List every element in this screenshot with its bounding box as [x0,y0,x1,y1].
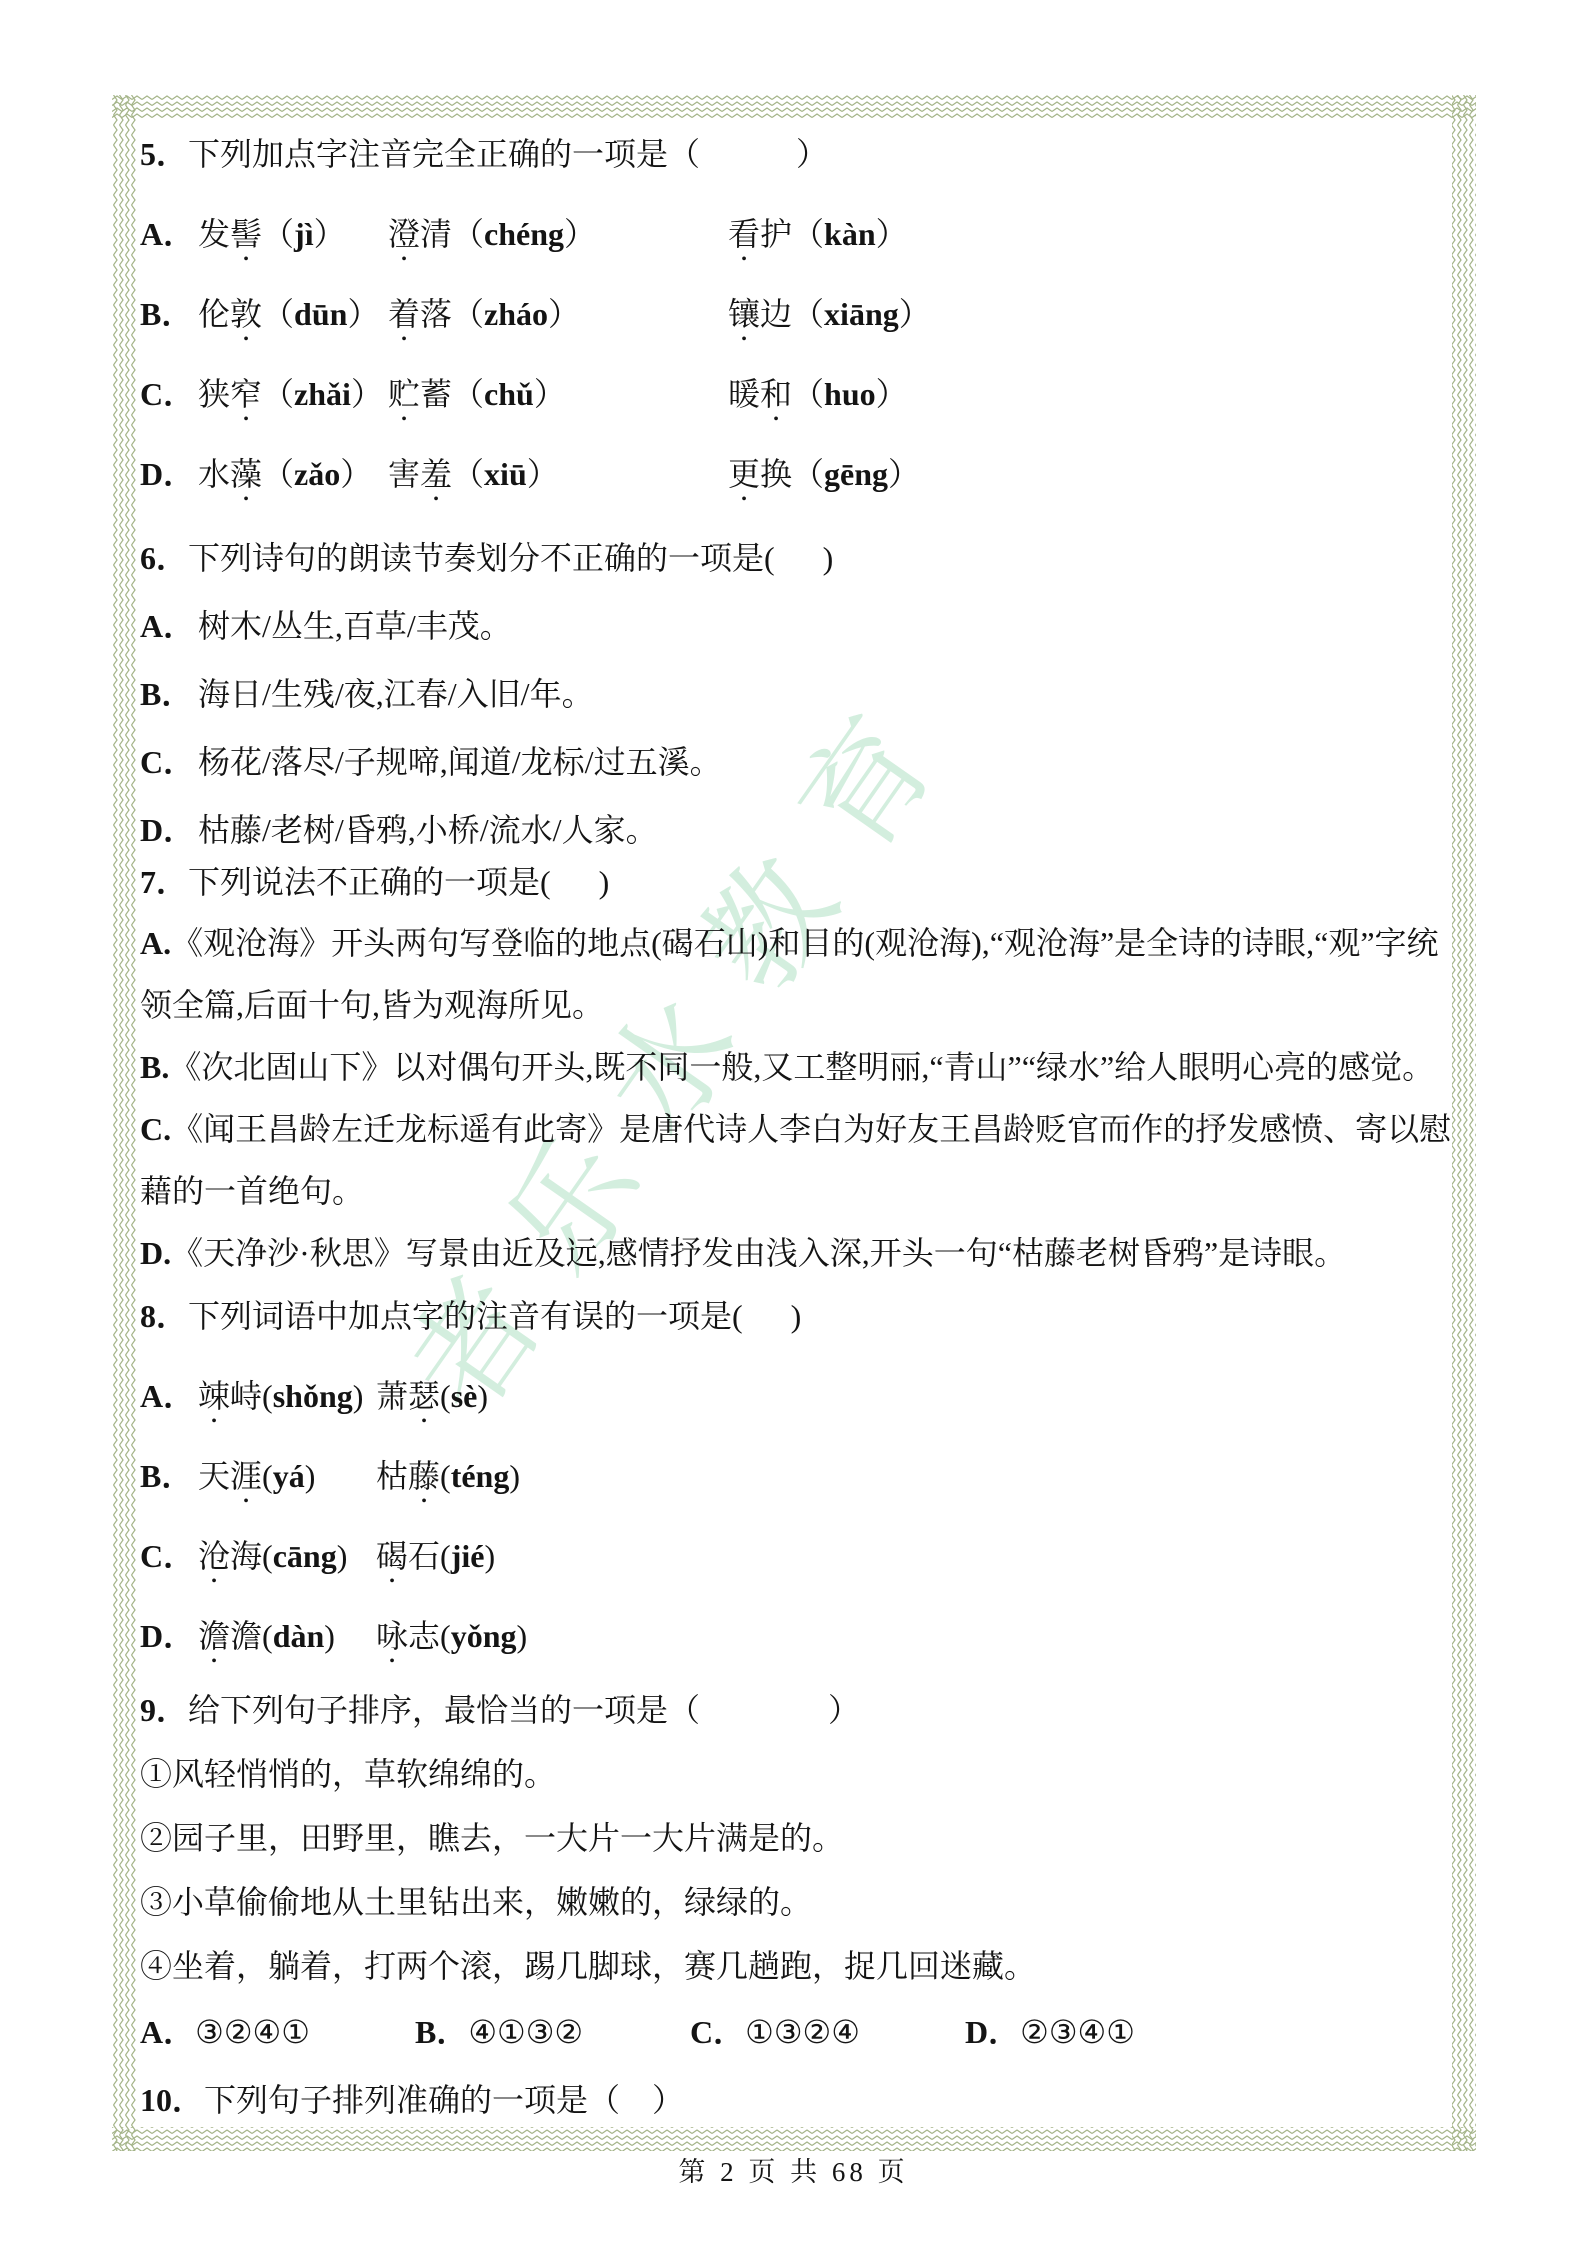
paren-open: （ [262,216,294,252]
pinyin: xiāng [824,296,899,332]
border-left [112,95,136,2151]
option-choice: D．②③④① [965,2010,1240,2054]
question-7-number: 7． [140,864,188,900]
pinyin: huo [824,376,876,412]
question-8-prompt: 8．下列词语中加点字的注音有误的一项是( ) [140,1294,1452,1338]
option-label: B． [140,1454,198,1498]
cjk-char: 清 [420,216,452,252]
paren-close: ） [351,376,383,412]
question-9-text: 给下列句子排序，最恰当的一项是（ ） [188,1692,860,1728]
pinyin: dūn [294,296,347,332]
option-text: 《次北固山下》以对偶句开头,既不同一般,又工整明丽,“青山”“绿水”给人眼明心亮… [169,1049,1434,1085]
option-label: D． [140,1614,198,1658]
paren-close: ) [477,1378,488,1414]
dotted-char: 澄 [388,212,420,256]
paren-close: ) [305,1458,316,1494]
option-label: D． [140,452,198,496]
dotted-char: 涯 [230,1454,262,1498]
word-with-pinyin: 澄清（chéng） [388,212,728,256]
question-8-text: 下列词语中加点字的注音有误的一项是( ) [188,1298,801,1334]
paren-close: ) [324,1618,335,1654]
paren-open: （ [262,296,294,332]
option-row: C．杨花/落尽/子规啼,闻道/龙标/过五溪。 [140,740,1452,784]
pinyin: yǒng [451,1618,517,1654]
word-with-pinyin: 贮蓄（chǔ） [388,372,728,416]
word-with-pinyin: 枯藤(téng) [376,1454,520,1498]
dotted-char: 瑟 [408,1374,440,1418]
option-row: A．树木/丛生,百草/丰茂。 [140,604,1452,648]
paren-open: （ [792,376,824,412]
option-paragraph: C.《闻王昌龄左迁龙标遥有此寄》是唐代诗人李白为好友王昌龄贬官而作的抒发感愤、寄… [140,1098,1452,1222]
option-text: 《闻王昌龄左迁龙标遥有此寄》是唐代诗人李白为好友王昌龄贬官而作的抒发感愤、寄以慰… [140,1111,1451,1209]
question-5-number: 5． [140,136,188,172]
pinyin: téng [451,1458,510,1494]
question-9-options: A．③②④①B．④①③②C．①③②④D．②③④① [140,2010,1452,2054]
pinyin: chéng [484,216,564,252]
option-label: C． [140,372,198,416]
question-6-text: 下列诗句的朗读节奏划分不正确的一项是( ) [188,540,833,576]
dotted-char: 窄 [230,372,262,416]
pinyin: zǎo [294,456,340,492]
paren-close: ） [340,456,372,492]
border-right [1452,95,1476,2151]
pinyin: gēng [824,456,888,492]
word-with-pinyin: 着落（zháo） [388,292,728,336]
word-with-pinyin: 萧瑟(sè) [376,1374,488,1418]
paren-open: ( [440,1378,451,1414]
cjk-char: 狭 [198,376,230,412]
option-row: C．狭窄（zhǎi）贮蓄（chǔ）暖和（huo） [140,372,1452,416]
option-row: B．伦敦（dūn）着落（zháo）镶边（xiāng） [140,292,1452,336]
pinyin: cāng [273,1538,337,1574]
option-label: A． [140,212,198,256]
question-10-prompt: 10．下列句子排列准确的一项是（ ） [140,2078,1452,2122]
word-with-pinyin: 沧海(cāng) [198,1534,376,1578]
question-8-options: A．竦峙(shǒng)萧瑟(sè)B．天涯(yá)枯藤(téng)C．沧海(cā… [140,1374,1452,1658]
pinyin: dàn [273,1618,325,1654]
paren-open: （ [262,456,294,492]
dotted-char: 咏 [376,1614,408,1658]
cjk-char: 天 [198,1458,230,1494]
cjk-char: 害 [388,456,420,492]
option-row: D．澹澹(dàn)咏志(yǒng) [140,1614,1452,1658]
cjk-char: 边 [760,296,792,332]
dotted-char: 着 [388,292,420,336]
cjk-char: 暖 [728,376,760,412]
option-text: ①③②④ [745,2014,860,2050]
paren-open: ( [262,1538,273,1574]
paren-open: （ [792,456,824,492]
dotted-char: 澹 [198,1614,230,1658]
option-text: 杨花/落尽/子规啼,闻道/龙标/过五溪。 [198,744,722,780]
cjk-char: 海 [230,1538,262,1574]
dotted-char: 竦 [198,1374,230,1418]
question-9-prompt: 9．给下列句子排序，最恰当的一项是（ ） [140,1688,1452,1732]
paren-close: ） [534,376,566,412]
option-row: C．沧海(cāng)碣石(jié) [140,1534,1452,1578]
option-text: ③②④① [195,2014,310,2050]
word-with-pinyin: 看护（kàn） [728,212,908,256]
word-with-pinyin: 澹澹(dàn) [198,1614,376,1658]
option-label: C． [140,740,198,784]
dotted-char: 镶 [728,292,760,336]
pinyin: kàn [824,216,876,252]
question-6-prompt: 6．下列诗句的朗读节奏划分不正确的一项是( ) [140,536,1452,580]
paren-close: ） [888,456,920,492]
option-row: A．竦峙(shǒng)萧瑟(sè) [140,1374,1452,1418]
paren-open: ( [440,1538,451,1574]
paren-close: ） [347,296,379,332]
word-with-pinyin: 碣石(jié) [376,1534,495,1578]
paren-close: ） [548,296,580,332]
border-top [112,95,1476,119]
paren-open: （ [262,376,294,412]
option-paragraph: A.《观沧海》开头两句写登临的地点(碣石山)和目的(观沧海),“观沧海”是全诗的… [140,912,1452,1036]
dotted-char: 看 [728,212,760,256]
cjk-char: 峙 [230,1378,262,1414]
paren-open: （ [452,456,484,492]
option-text: 《天净沙·秋思》写景由近及远,感情抒发由浅入深,开头一句“枯藤老树昏鸦”是诗眼。 [171,1235,1346,1271]
cjk-char: 萧 [376,1378,408,1414]
paren-close: ） [564,216,596,252]
option-choice: C．①③②④ [690,2010,965,2054]
numbered-sentence: ①风轻悄悄的，草软绵绵的。 [140,1752,1452,1796]
cjk-char: 落 [420,296,452,332]
pinyin: yá [273,1458,305,1494]
option-label: B. [140,1049,169,1085]
question-7-options: A.《观沧海》开头两句写登临的地点(碣石山)和目的(观沧海),“观沧海”是全诗的… [140,912,1452,1284]
dotted-char: 碣 [376,1534,408,1578]
option-label: C． [140,1534,198,1578]
pinyin: jì [294,216,314,252]
option-text: 海日/生残/夜,江春/入旧/年。 [198,676,594,712]
pinyin: zhǎi [294,376,351,412]
option-choice: A．③②④① [140,2010,415,2054]
option-label: C. [140,1111,171,1147]
question-7-text: 下列说法不正确的一项是( ) [188,864,609,900]
word-with-pinyin: 镶边（xiāng） [728,292,931,336]
paren-close: ) [337,1538,348,1574]
paren-open: （ [452,296,484,332]
option-label: B． [140,292,198,336]
cjk-char: 换 [760,456,792,492]
question-10-text: 下列句子排列准确的一项是（ ） [204,2082,684,2118]
paren-open: ( [262,1618,273,1654]
dotted-char: 敦 [230,292,262,336]
dotted-char: 和 [760,372,792,416]
word-with-pinyin: 天涯(yá) [198,1454,376,1498]
cjk-char: 护 [760,216,792,252]
dotted-char: 贮 [388,372,420,416]
dotted-char: 髻 [230,212,262,256]
word-with-pinyin: 发髻（jì） [198,212,388,256]
paren-open: （ [452,216,484,252]
dotted-char: 羞 [420,452,452,496]
option-choice: B．④①③② [415,2010,690,2054]
option-label: A． [140,604,198,648]
word-with-pinyin: 竦峙(shǒng) [198,1374,376,1418]
option-text: 树木/丛生,百草/丰茂。 [198,608,512,644]
paren-close: ) [484,1538,495,1574]
question-6-number: 6． [140,540,188,576]
option-paragraph: B.《次北固山下》以对偶句开头,既不同一般,又工整明丽,“青山”“绿水”给人眼明… [140,1036,1452,1098]
paren-open: （ [792,216,824,252]
question-10-number: 10． [140,2082,204,2118]
paren-close: ) [353,1378,364,1414]
option-row: D．水藻（zǎo）害羞（xiū）更换（gēng） [140,452,1452,496]
paren-close: ） [876,376,908,412]
paren-open: （ [792,296,824,332]
paren-close: ） [876,216,908,252]
question-9-number: 9． [140,1692,188,1728]
cjk-char: 蓄 [420,376,452,412]
option-row: B．天涯(yá)枯藤(téng) [140,1454,1452,1498]
pinyin: xiū [484,456,527,492]
pinyin: zháo [484,296,548,332]
paren-open: ( [440,1458,451,1494]
option-label: A. [140,925,171,961]
cjk-char: 伦 [198,296,230,332]
option-label: D． [965,2014,1020,2050]
cjk-char: 志 [408,1618,440,1654]
word-with-pinyin: 咏志(yǒng) [376,1614,527,1658]
paren-close: ) [516,1618,527,1654]
dotted-char: 藻 [230,452,262,496]
option-label: C． [690,2014,745,2050]
word-with-pinyin: 水藻（zǎo） [198,452,388,496]
option-text: ④①③② [468,2014,583,2050]
paren-open: ( [440,1618,451,1654]
option-label: B． [140,672,198,716]
dotted-char: 更 [728,452,760,496]
paren-open: （ [452,376,484,412]
option-row: A．发髻（jì）澄清（chéng）看护（kàn） [140,212,1452,256]
option-label: D． [140,808,198,852]
question-7-prompt: 7．下列说法不正确的一项是( ) [140,860,1452,904]
option-label: D. [140,1235,171,1271]
paren-close: ） [527,456,559,492]
word-with-pinyin: 狭窄（zhǎi） [198,372,388,416]
word-with-pinyin: 伦敦（dūn） [198,292,388,336]
paren-close: ） [314,216,346,252]
dotted-char: 沧 [198,1534,230,1578]
question-6-options: A．树木/丛生,百草/丰茂。B．海日/生残/夜,江春/入旧/年。C．杨花/落尽/… [140,604,1452,852]
option-label: A． [140,1374,198,1418]
cjk-char: 水 [198,456,230,492]
pinyin: chǔ [484,376,534,412]
question-8-number: 8． [140,1298,188,1334]
paren-open: ( [262,1378,273,1414]
paren-close: ） [899,296,931,332]
paren-close: ) [509,1458,520,1494]
page-footer: 第 2 页 共 68 页 [0,2150,1587,2189]
cjk-char: 澹 [230,1618,262,1654]
cjk-char: 石 [408,1538,440,1574]
option-text: 《观沧海》开头两句写登临的地点(碣石山)和目的(观沧海),“观沧海”是全诗的诗眼… [140,925,1439,1023]
numbered-sentence: ③小草偷偷地从土里钻出来，嫩嫩的，绿绿的。 [140,1880,1452,1924]
word-with-pinyin: 害羞（xiū） [388,452,728,496]
question-5-prompt: 5．下列加点字注音完全正确的一项是（ ） [140,120,1452,176]
question-5-text: 下列加点字注音完全正确的一项是（ ） [188,136,828,172]
paren-open: ( [262,1458,273,1494]
question-5-options: A．发髻（jì）澄清（chéng）看护（kàn）B．伦敦（dūn）着落（zháo… [140,212,1452,496]
option-row: D．枯藤/老树/昏鸦,小桥/流水/人家。 [140,808,1452,852]
option-row: B．海日/生残/夜,江春/入旧/年。 [140,672,1452,716]
word-with-pinyin: 更换（gēng） [728,452,920,496]
exam-page-content: 5．下列加点字注音完全正确的一项是（ ） A．发髻（jì）澄清（chéng）看护… [140,120,1452,2122]
option-text: 枯藤/老树/昏鸦,小桥/流水/人家。 [198,812,658,848]
option-paragraph: D.《天净沙·秋思》写景由近及远,感情抒发由浅入深,开头一句“枯藤老树昏鸦”是诗… [140,1222,1452,1284]
dotted-char: 藤 [408,1454,440,1498]
word-with-pinyin: 暖和（huo） [728,372,908,416]
option-text: ②③④① [1020,2014,1135,2050]
numbered-sentence: ②园子里，田野里，瞧去，一大片一大片满是的。 [140,1816,1452,1860]
question-9-sentences: ①风轻悄悄的，草软绵绵的。②园子里，田野里，瞧去，一大片一大片满是的。③小草偷偷… [140,1752,1452,1988]
option-label: B． [415,2014,468,2050]
pinyin: shǒng [273,1378,353,1414]
pinyin: sè [451,1378,478,1414]
cjk-char: 枯 [376,1458,408,1494]
cjk-char: 发 [198,216,230,252]
pinyin: jié [451,1538,485,1574]
border-bottom [112,2127,1476,2151]
option-label: A． [140,2014,195,2050]
numbered-sentence: ④坐着，躺着，打两个滚，踢几脚球，赛几趟跑，捉几回迷藏。 [140,1944,1452,1988]
